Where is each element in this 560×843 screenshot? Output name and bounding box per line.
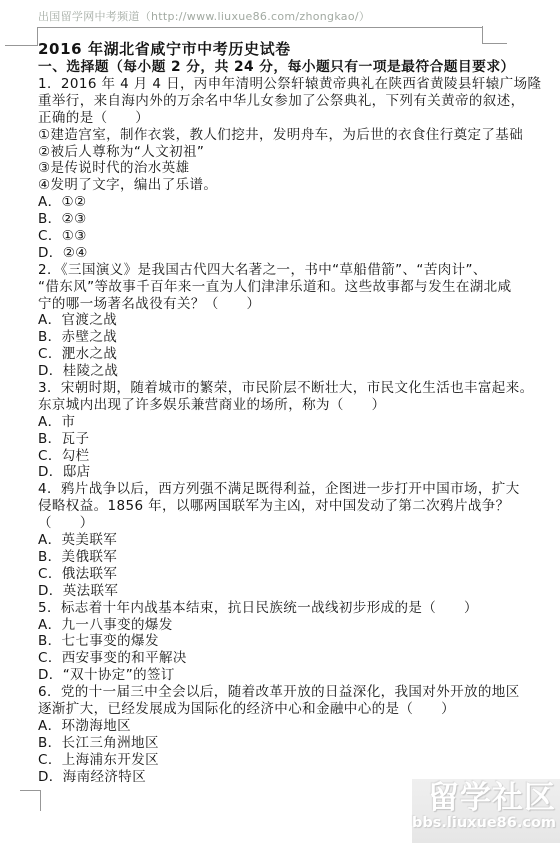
site-header-label: 出国留学网中考频道（http://www.liuxue86.com/zhongk… — [38, 8, 370, 24]
q2-option-d: D．桂陵之战 — [38, 363, 524, 380]
q5-stem-line: 5．标志着十年内战基本结束，抗日民族统一战线初步形成的是（ ） — [38, 600, 524, 617]
q5-option-a: A．九一八事变的爆发 — [38, 617, 524, 634]
q2-stem-line: 2．《三国演义》是我国古代四大名著之一，书中“草船借箭”、“苦肉计”、 — [38, 262, 524, 279]
q3-option-a: A．市 — [38, 414, 524, 431]
q3-option-c: C．勾栏 — [38, 448, 524, 465]
q6-stem-line: 逐渐扩大，已经发展成为国际化的经济中心和金融中心的是（ ） — [38, 701, 524, 718]
q4-option-a: A．英美联军 — [38, 532, 524, 549]
q5-option-c: C．西安事变的和平解决 — [38, 650, 524, 667]
q6-option-c: C．上海浦东开发区 — [38, 752, 524, 769]
q3-stem-line: 3．宋朝时期，随着城市的繁荣，市民阶层不断壮大，市民文化生活也丰富起来。 — [38, 380, 524, 397]
q3-option-d: D．邸店 — [38, 464, 524, 481]
q1-stem-line: 正确的是（ ） — [38, 110, 524, 127]
q4-stem-line: 4．鸦片战争以后，西方列强不满足既得利益，企图进一步打开中国市场，扩大 — [38, 481, 524, 498]
crop-mark-bottom-left-horizontal — [20, 790, 41, 791]
q2-option-b: B．赤壁之战 — [38, 329, 524, 346]
watermark-url: bbs.liuxue86.com — [412, 815, 556, 832]
q6-stem-line: 6．党的十一届三中全会以后，随着改革开放的日益深化，我国对外开放的地区 — [38, 684, 524, 701]
q1-stem-line: 1．2016 年 4 月 4 日，丙申年清明公祭轩辕黄帝典礼在陕西省黄陵县轩辕广… — [38, 76, 524, 93]
q3-stem-line: 东京城内出现了许多娱乐兼营商业的场所，称为（ ） — [38, 397, 524, 414]
q3-option-b: B．瓦子 — [38, 431, 524, 448]
q6-option-b: B．长江三角洲地区 — [38, 735, 524, 752]
q2-stem-line: “借东风”等故事千百年来一直为人们津津乐道和。这些故事都与发生在湖北咸 — [38, 279, 524, 296]
section-heading: 一、选择题（每小题 2 分，共 24 分，每小题只有一项是最符合题目要求） — [38, 58, 524, 76]
q1-option-a: A．①② — [38, 194, 524, 211]
q1-option-c: C．①③ — [38, 228, 524, 245]
q2-stem-line: 宁的哪一场著名战役有关？（ ） — [38, 296, 524, 313]
q1-statement-3: ③是传说时代的治水英雄 — [38, 160, 524, 177]
q1-stem-line: 重举行，来自海内外的万余名中华儿女参加了公祭典礼，下列有关黄帝的叙述， — [38, 93, 524, 110]
q1-option-d: D．②④ — [38, 245, 524, 262]
q2-option-c: C．淝水之战 — [38, 346, 524, 363]
q5-option-d: D．“双十协定”的签订 — [38, 667, 524, 684]
q6-option-a: A．环渤海地区 — [38, 718, 524, 735]
watermark: 留学社区 bbs.liuxue86.com — [412, 779, 560, 843]
q4-option-d: D．英法联军 — [38, 583, 524, 600]
crop-mark-top-left-horizontal — [5, 45, 38, 46]
q4-option-c: C．俄法联军 — [38, 566, 524, 583]
crop-mark-bottom-left-vertical — [40, 790, 41, 811]
q4-stem-line: 侵略权益。1856 年，以哪两国联军为主凶，对中国发动了第二次鸦片战争？ — [38, 498, 524, 515]
q1-statement-1: ①建造宫室，制作衣裳，教人们挖井，发明舟车，为后世的衣食住行奠定了基础 — [38, 127, 524, 144]
watermark-logo-text: 留学社区 — [412, 781, 556, 815]
q1-option-b: B．②③ — [38, 211, 524, 228]
exam-document: 2016 年湖北省咸宁市中考历史试卷 一、选择题（每小题 2 分，共 24 分，… — [38, 40, 524, 785]
q1-statement-4: ④发明了文字，编出了乐谱。 — [38, 177, 524, 194]
header-underline — [37, 27, 483, 28]
q2-option-a: A．官渡之战 — [38, 312, 524, 329]
q4-stem-line: （ ） — [38, 515, 524, 532]
q5-option-b: B．七七事变的爆发 — [38, 633, 524, 650]
document-title: 2016 年湖北省咸宁市中考历史试卷 — [38, 40, 524, 58]
q4-option-b: B．美俄联军 — [38, 549, 524, 566]
q1-statement-2: ②被后人尊称为“人文初祖” — [38, 144, 524, 161]
